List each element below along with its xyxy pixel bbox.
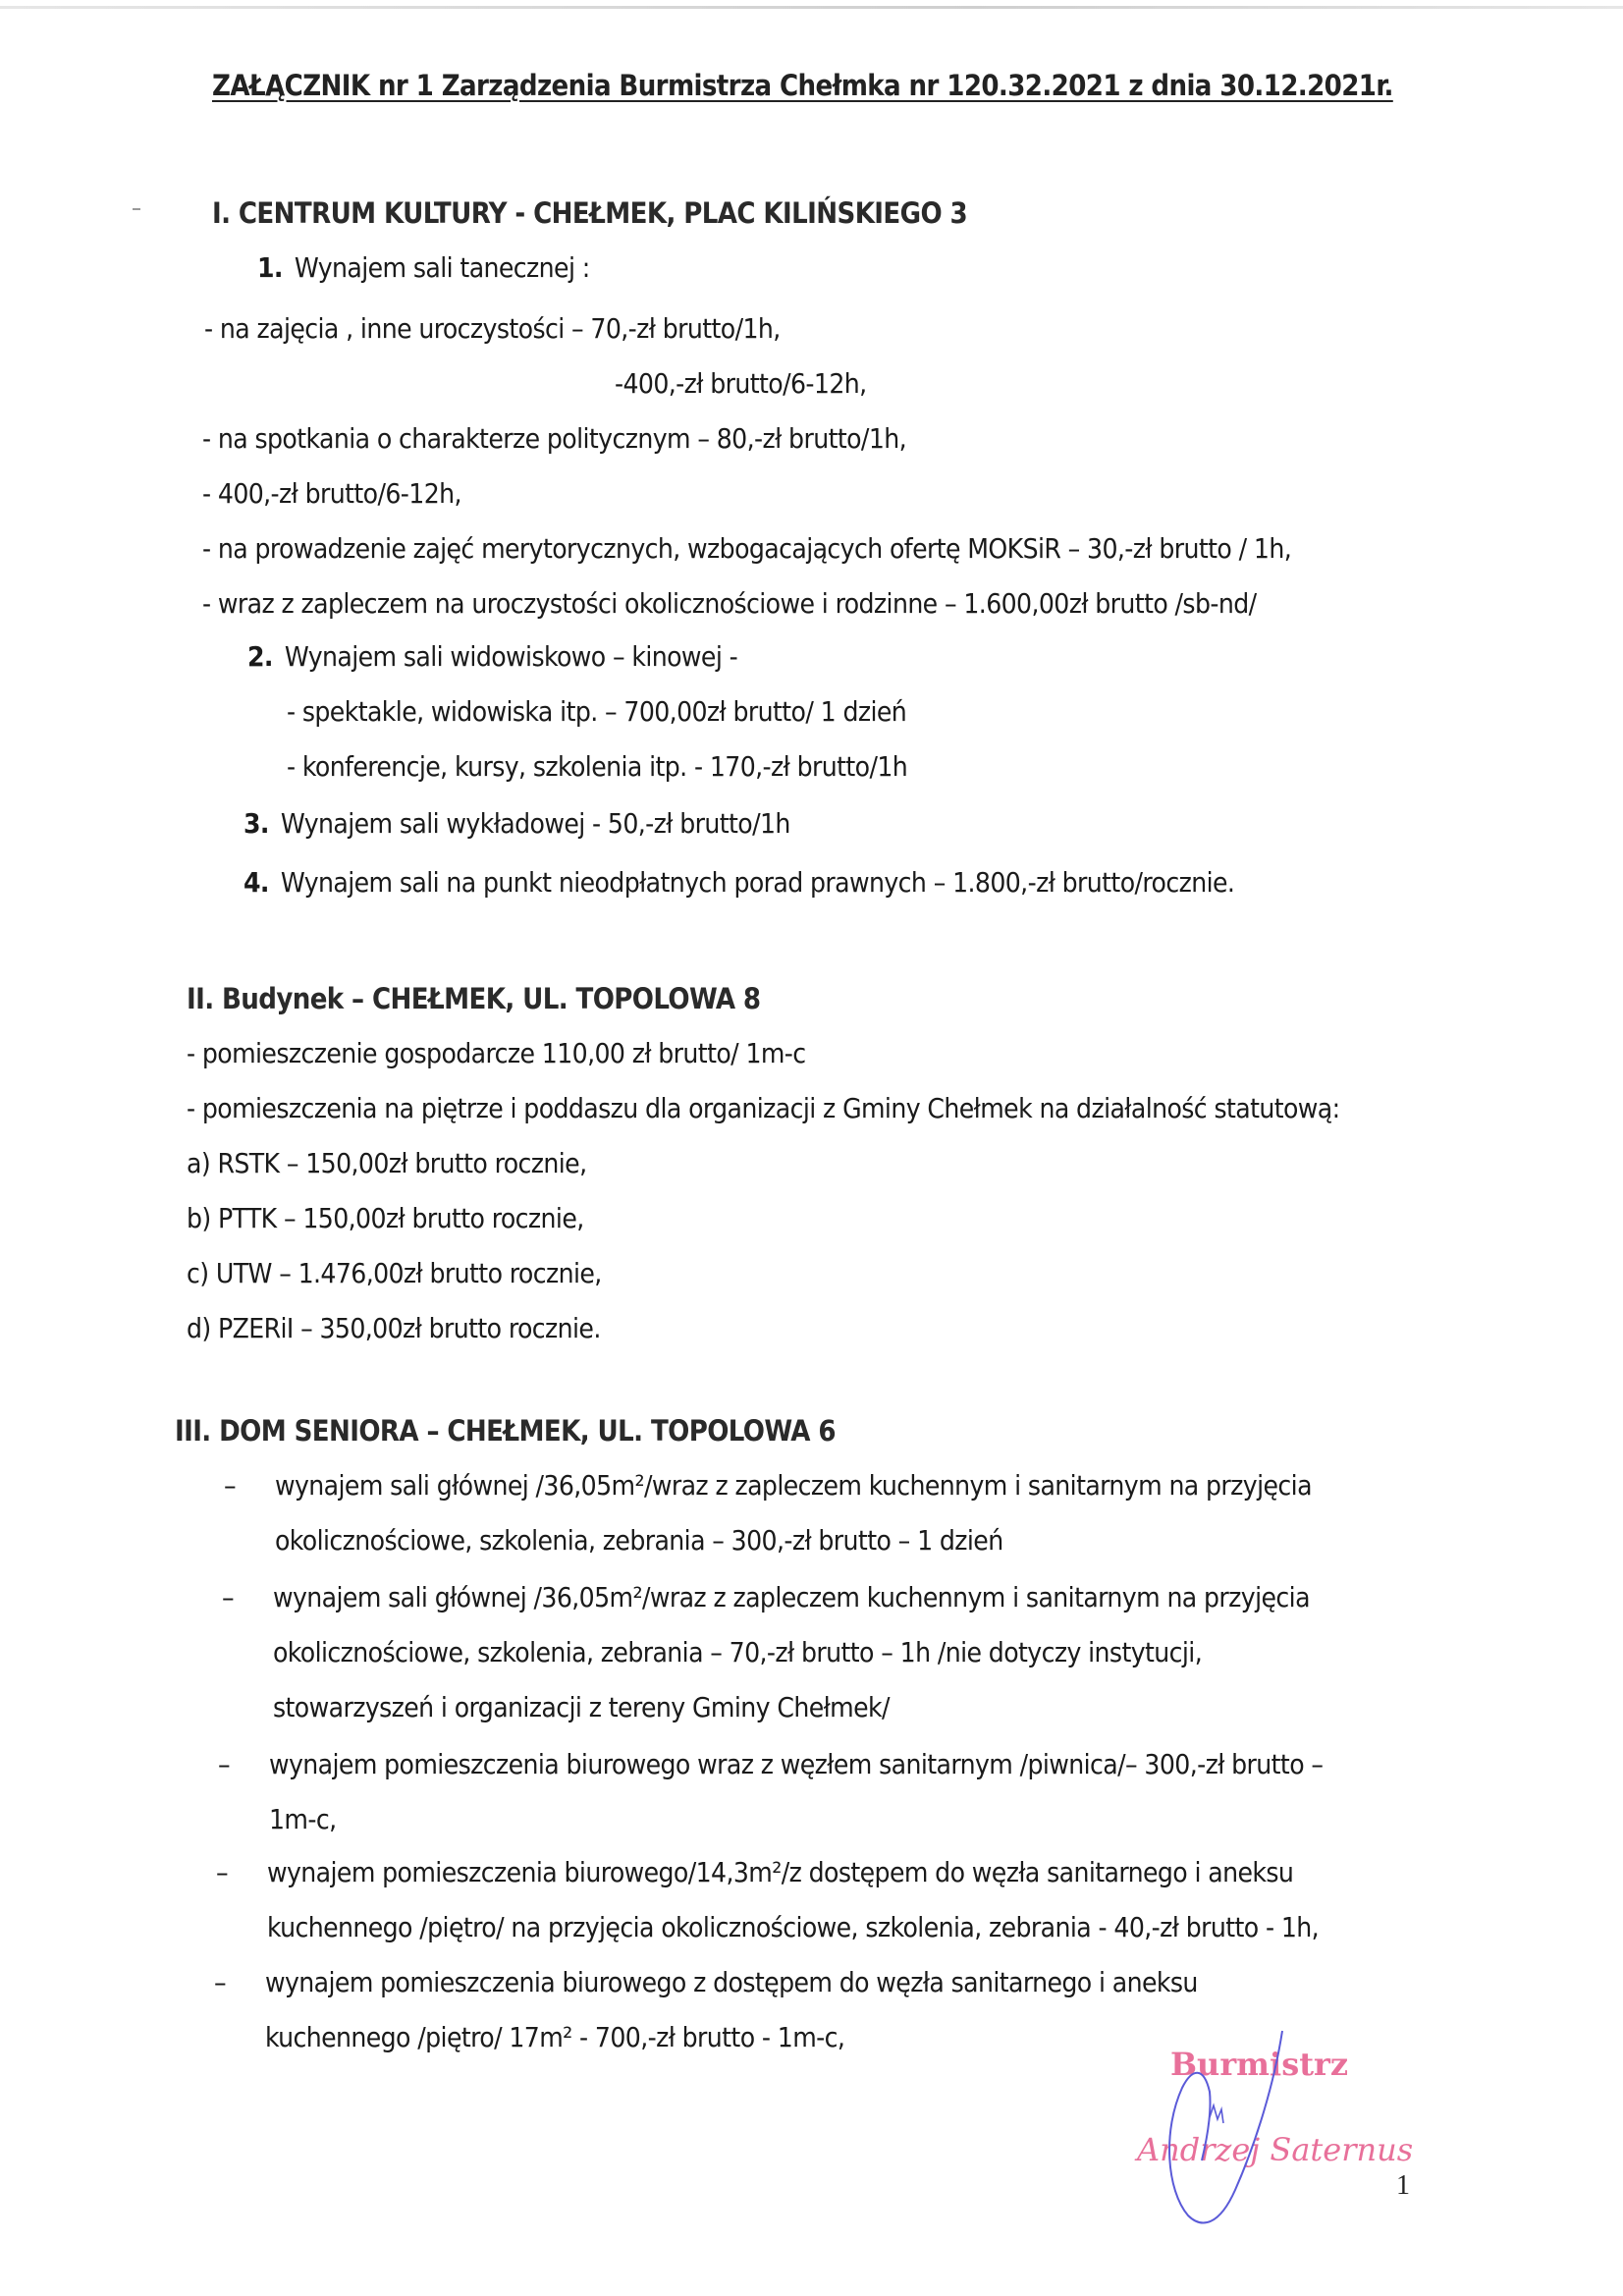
document-title: ZAŁĄCZNIK nr 1 Zarządzenia Burmistrza Ch… xyxy=(212,69,1393,102)
section-1-item-1: 1.Wynajem sali tanecznej : xyxy=(257,251,590,284)
rate-line: - na spotkania o charakterze politycznym… xyxy=(202,422,906,455)
list-item-line: wynajem pomieszczenia biurowego wraz z w… xyxy=(269,1748,1323,1780)
organization-rate: d) PZERiI – 350,00zł brutto rocznie. xyxy=(187,1312,601,1344)
handwritten-signature-icon xyxy=(1159,2023,1316,2239)
list-item-line: kuchennego /piętro/ na przyjęcia okolicz… xyxy=(267,1911,1319,1943)
list-bullet: – xyxy=(218,1748,231,1780)
rate-line: -400,-zł brutto/6-12h, xyxy=(615,367,867,400)
organization-rate: b) PTTK – 150,00zł brutto rocznie, xyxy=(187,1202,584,1234)
list-item-line: 1m-c, xyxy=(269,1803,337,1835)
rate-line: - konferencje, kursy, szkolenia itp. - 1… xyxy=(287,750,907,783)
scan-edge xyxy=(0,6,1623,9)
rate-line: - na zajęcia , inne uroczystości – 70,-z… xyxy=(204,312,781,345)
list-item-line: wynajem sali głównej /36,05m²/wraz z zap… xyxy=(275,1469,1312,1502)
rate-line: - spektakle, widowiska itp. – 700,00zł b… xyxy=(287,695,906,728)
list-item-line: okolicznościowe, szkolenia, zebrania – 7… xyxy=(273,1636,1202,1668)
scan-mark xyxy=(133,208,140,210)
item-number: 2. xyxy=(247,640,273,673)
item-text: Wynajem sali wykładowej - 50,-zł brutto/… xyxy=(281,807,790,840)
item-text: Wynajem sali widowiskowo – kinowej - xyxy=(285,640,737,673)
list-item-line: wynajem sali głównej /36,05m²/wraz z zap… xyxy=(273,1581,1310,1613)
organization-rate: a) RSTK – 150,00zł brutto rocznie, xyxy=(187,1147,586,1179)
list-bullet: – xyxy=(216,1856,229,1888)
section-1-heading: I. CENTRUM KULTURY - CHEŁMEK, PLAC KILIŃ… xyxy=(212,196,967,230)
organization-rate: c) UTW – 1.476,00zł brutto rocznie, xyxy=(187,1257,602,1289)
list-bullet: – xyxy=(224,1469,237,1502)
item-number: 3. xyxy=(243,807,269,840)
list-item-line: stowarzyszeń i organizacji z tereny Gmin… xyxy=(273,1691,890,1723)
page-number: 1 xyxy=(1396,2170,1410,2202)
list-item-line: wynajem pomieszczenia biurowego z dostęp… xyxy=(265,1966,1198,1998)
section-1-item-4: 4.Wynajem sali na punkt nieodpłatnych po… xyxy=(243,866,1234,899)
rate-line: - pomieszczenie gospodarcze 110,00 zł br… xyxy=(187,1037,806,1069)
section-3-heading: III. DOM SENIORA – CHEŁMEK, UL. TOPOLOWA… xyxy=(175,1414,836,1448)
rate-line: - wraz z zapleczem na uroczystości okoli… xyxy=(202,587,1257,620)
list-item-line: kuchennego /piętro/ 17m² - 700,-zł brutt… xyxy=(265,2021,844,2053)
list-item-line: okolicznościowe, szkolenia, zebrania – 3… xyxy=(275,1524,1003,1557)
rate-line: - pomieszczenia na piętrze i poddaszu dl… xyxy=(187,1092,1340,1124)
item-number: 4. xyxy=(243,866,269,899)
section-1-item-3: 3.Wynajem sali wykładowej - 50,-zł brutt… xyxy=(243,807,790,840)
item-text: Wynajem sali tanecznej : xyxy=(295,251,590,284)
rate-line: - 400,-zł brutto/6-12h, xyxy=(202,477,461,510)
item-text: Wynajem sali na punkt nieodpłatnych pora… xyxy=(281,866,1234,899)
list-item-line: wynajem pomieszczenia biurowego/14,3m²/z… xyxy=(267,1856,1293,1888)
rate-line: - na prowadzenie zajęć merytorycznych, w… xyxy=(202,532,1291,565)
section-2-heading: II. Budynek – CHEŁMEK, UL. TOPOLOWA 8 xyxy=(187,982,760,1015)
item-number: 1. xyxy=(257,251,283,284)
list-bullet: – xyxy=(222,1581,235,1613)
list-bullet: – xyxy=(214,1966,227,1998)
section-1-item-2: 2.Wynajem sali widowiskowo – kinowej - xyxy=(247,640,737,673)
